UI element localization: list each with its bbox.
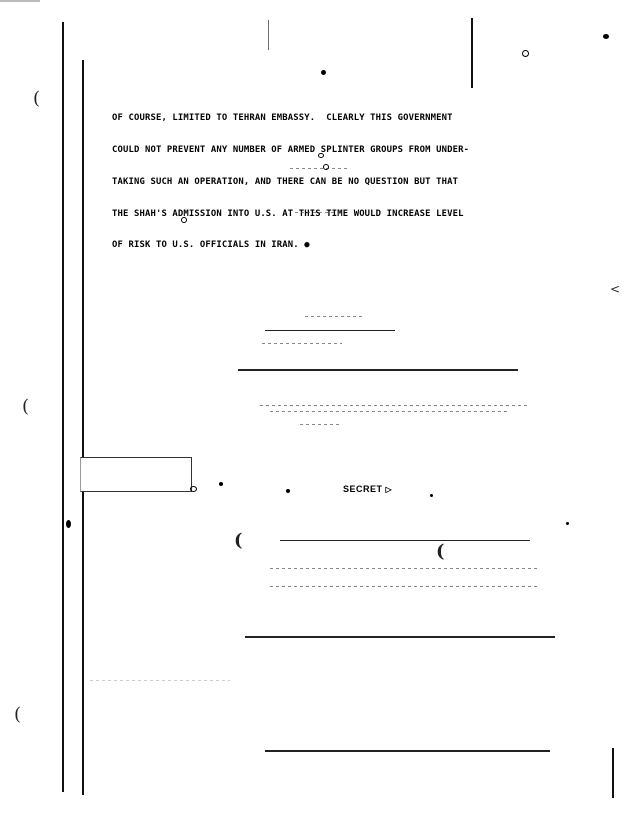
scan-ring [318, 153, 324, 158]
margin-rule-outer [62, 22, 64, 792]
scan-speck [66, 520, 71, 528]
illegible-line [265, 330, 395, 331]
illegible-line [295, 212, 335, 213]
illegible-line [245, 636, 555, 638]
scan-speck [430, 494, 433, 497]
body-line: TAKING SUCH AN OPERATION, AND THERE CAN … [112, 177, 582, 188]
body-line: OF RISK TO U.S. OFFICIALS IN IRAN. ● [112, 240, 582, 251]
illegible-line [90, 680, 230, 681]
classification-marking: SECRET ▷ [343, 484, 392, 494]
margin-rule-inner [82, 60, 84, 795]
illegible-line [290, 168, 350, 169]
illegible-line [265, 750, 550, 752]
scan-ring [190, 486, 197, 492]
illegible-line [305, 316, 365, 317]
illegible-line [270, 586, 540, 587]
margin-rule-top [268, 20, 269, 50]
illegible-line [280, 540, 530, 541]
margin-mark: < [610, 282, 620, 296]
scan-speck [603, 34, 609, 39]
scan-ring [522, 50, 529, 57]
margin-rule-right-bottom [612, 748, 614, 798]
illegible-line [238, 369, 518, 371]
margin-rule-right-top [471, 18, 473, 88]
margin-mark: ( [14, 704, 21, 725]
body-line: COULD NOT PREVENT ANY NUMBER OF ARMED SP… [112, 145, 582, 156]
scan-ring [323, 164, 329, 170]
scan-speck [219, 482, 223, 486]
margin-mark: ( [436, 541, 445, 562]
illegible-line [260, 405, 530, 406]
body-line: OF COURSE, LIMITED TO TEHRAN EMBASSY. CL… [112, 113, 582, 124]
scan-speck [286, 489, 290, 493]
margin-mark: ( [234, 530, 243, 551]
margin-mark: ( [22, 396, 29, 417]
margin-mark: ( [33, 88, 40, 109]
redaction-box [80, 457, 192, 492]
illegible-line [262, 343, 342, 344]
illegible-line [270, 411, 510, 412]
scan-ring [181, 217, 187, 223]
scan-speck [566, 522, 569, 525]
classification-arrow-icon: ▷ [386, 485, 393, 494]
illegible-line [270, 568, 540, 569]
classification-label: SECRET [343, 484, 383, 494]
scan-speck [321, 70, 326, 75]
illegible-line [300, 424, 340, 425]
scan-edge [0, 0, 40, 2]
document-body: OF COURSE, LIMITED TO TEHRAN EMBASSY. CL… [112, 92, 582, 262]
